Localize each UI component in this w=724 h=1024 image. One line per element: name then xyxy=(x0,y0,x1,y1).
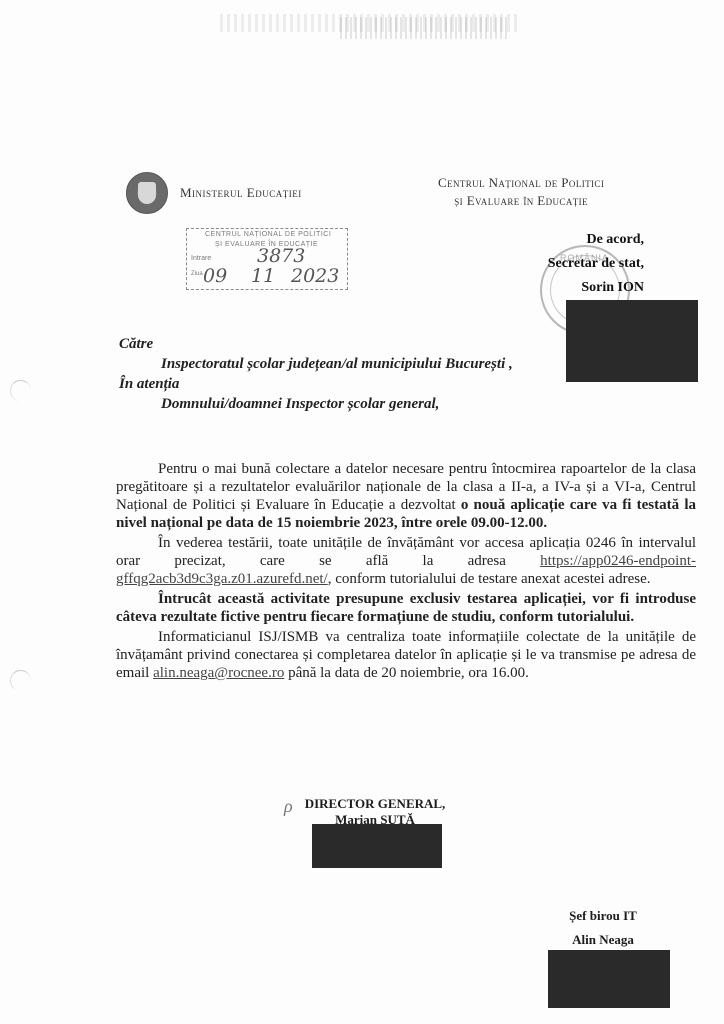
ministry-name: Ministerul Educației xyxy=(180,185,302,201)
punch-hole-mark xyxy=(10,380,31,401)
to-label: Către xyxy=(119,336,153,353)
email-link[interactable]: alin.neaga@rocnee.ro xyxy=(153,665,284,681)
registration-stamp: CENTRUL NAȚIONAL DE POLITICI ȘI EVALUARE… xyxy=(186,228,348,290)
signature-mark: ρ xyxy=(284,796,293,817)
center-name: Centrul Național de Politici și Evaluare… xyxy=(438,174,604,210)
paragraph-1: Pentru o mai bună colectare a datelor ne… xyxy=(116,460,696,532)
punch-hole-mark xyxy=(10,670,31,691)
registration-year: 2023 xyxy=(291,265,339,287)
redacted-signature xyxy=(566,300,698,382)
registration-day: 09 xyxy=(203,265,227,287)
attention-label: În atenția xyxy=(119,376,179,393)
it-chief-signature-block: Șef birou IT Alin Neaga xyxy=(548,904,658,952)
paragraph-3: Întrucât această activitate presupune ex… xyxy=(116,590,696,626)
attention-recipient: Domnului/doamnei Inspector școlar genera… xyxy=(161,396,439,413)
registration-number: 3873 xyxy=(257,245,305,267)
romanian-coat-of-arms-icon xyxy=(126,172,168,214)
approval-block: De acord, Secretar de stat, Sorin ION xyxy=(548,228,644,300)
registration-month: 11 xyxy=(251,265,275,287)
redacted-signature xyxy=(312,824,442,868)
redacted-signature xyxy=(548,950,670,1008)
paragraph-4: Informaticianul ISJ/ISMB va centraliza t… xyxy=(116,628,696,682)
letter-body: Pentru o mai bună colectare a datelor ne… xyxy=(116,460,696,682)
bleed-through-text xyxy=(340,17,510,39)
paragraph-2: În vederea testării, toate unitățile de … xyxy=(116,534,696,588)
recipient: Inspectoratul școlar județean/al municip… xyxy=(161,356,513,373)
